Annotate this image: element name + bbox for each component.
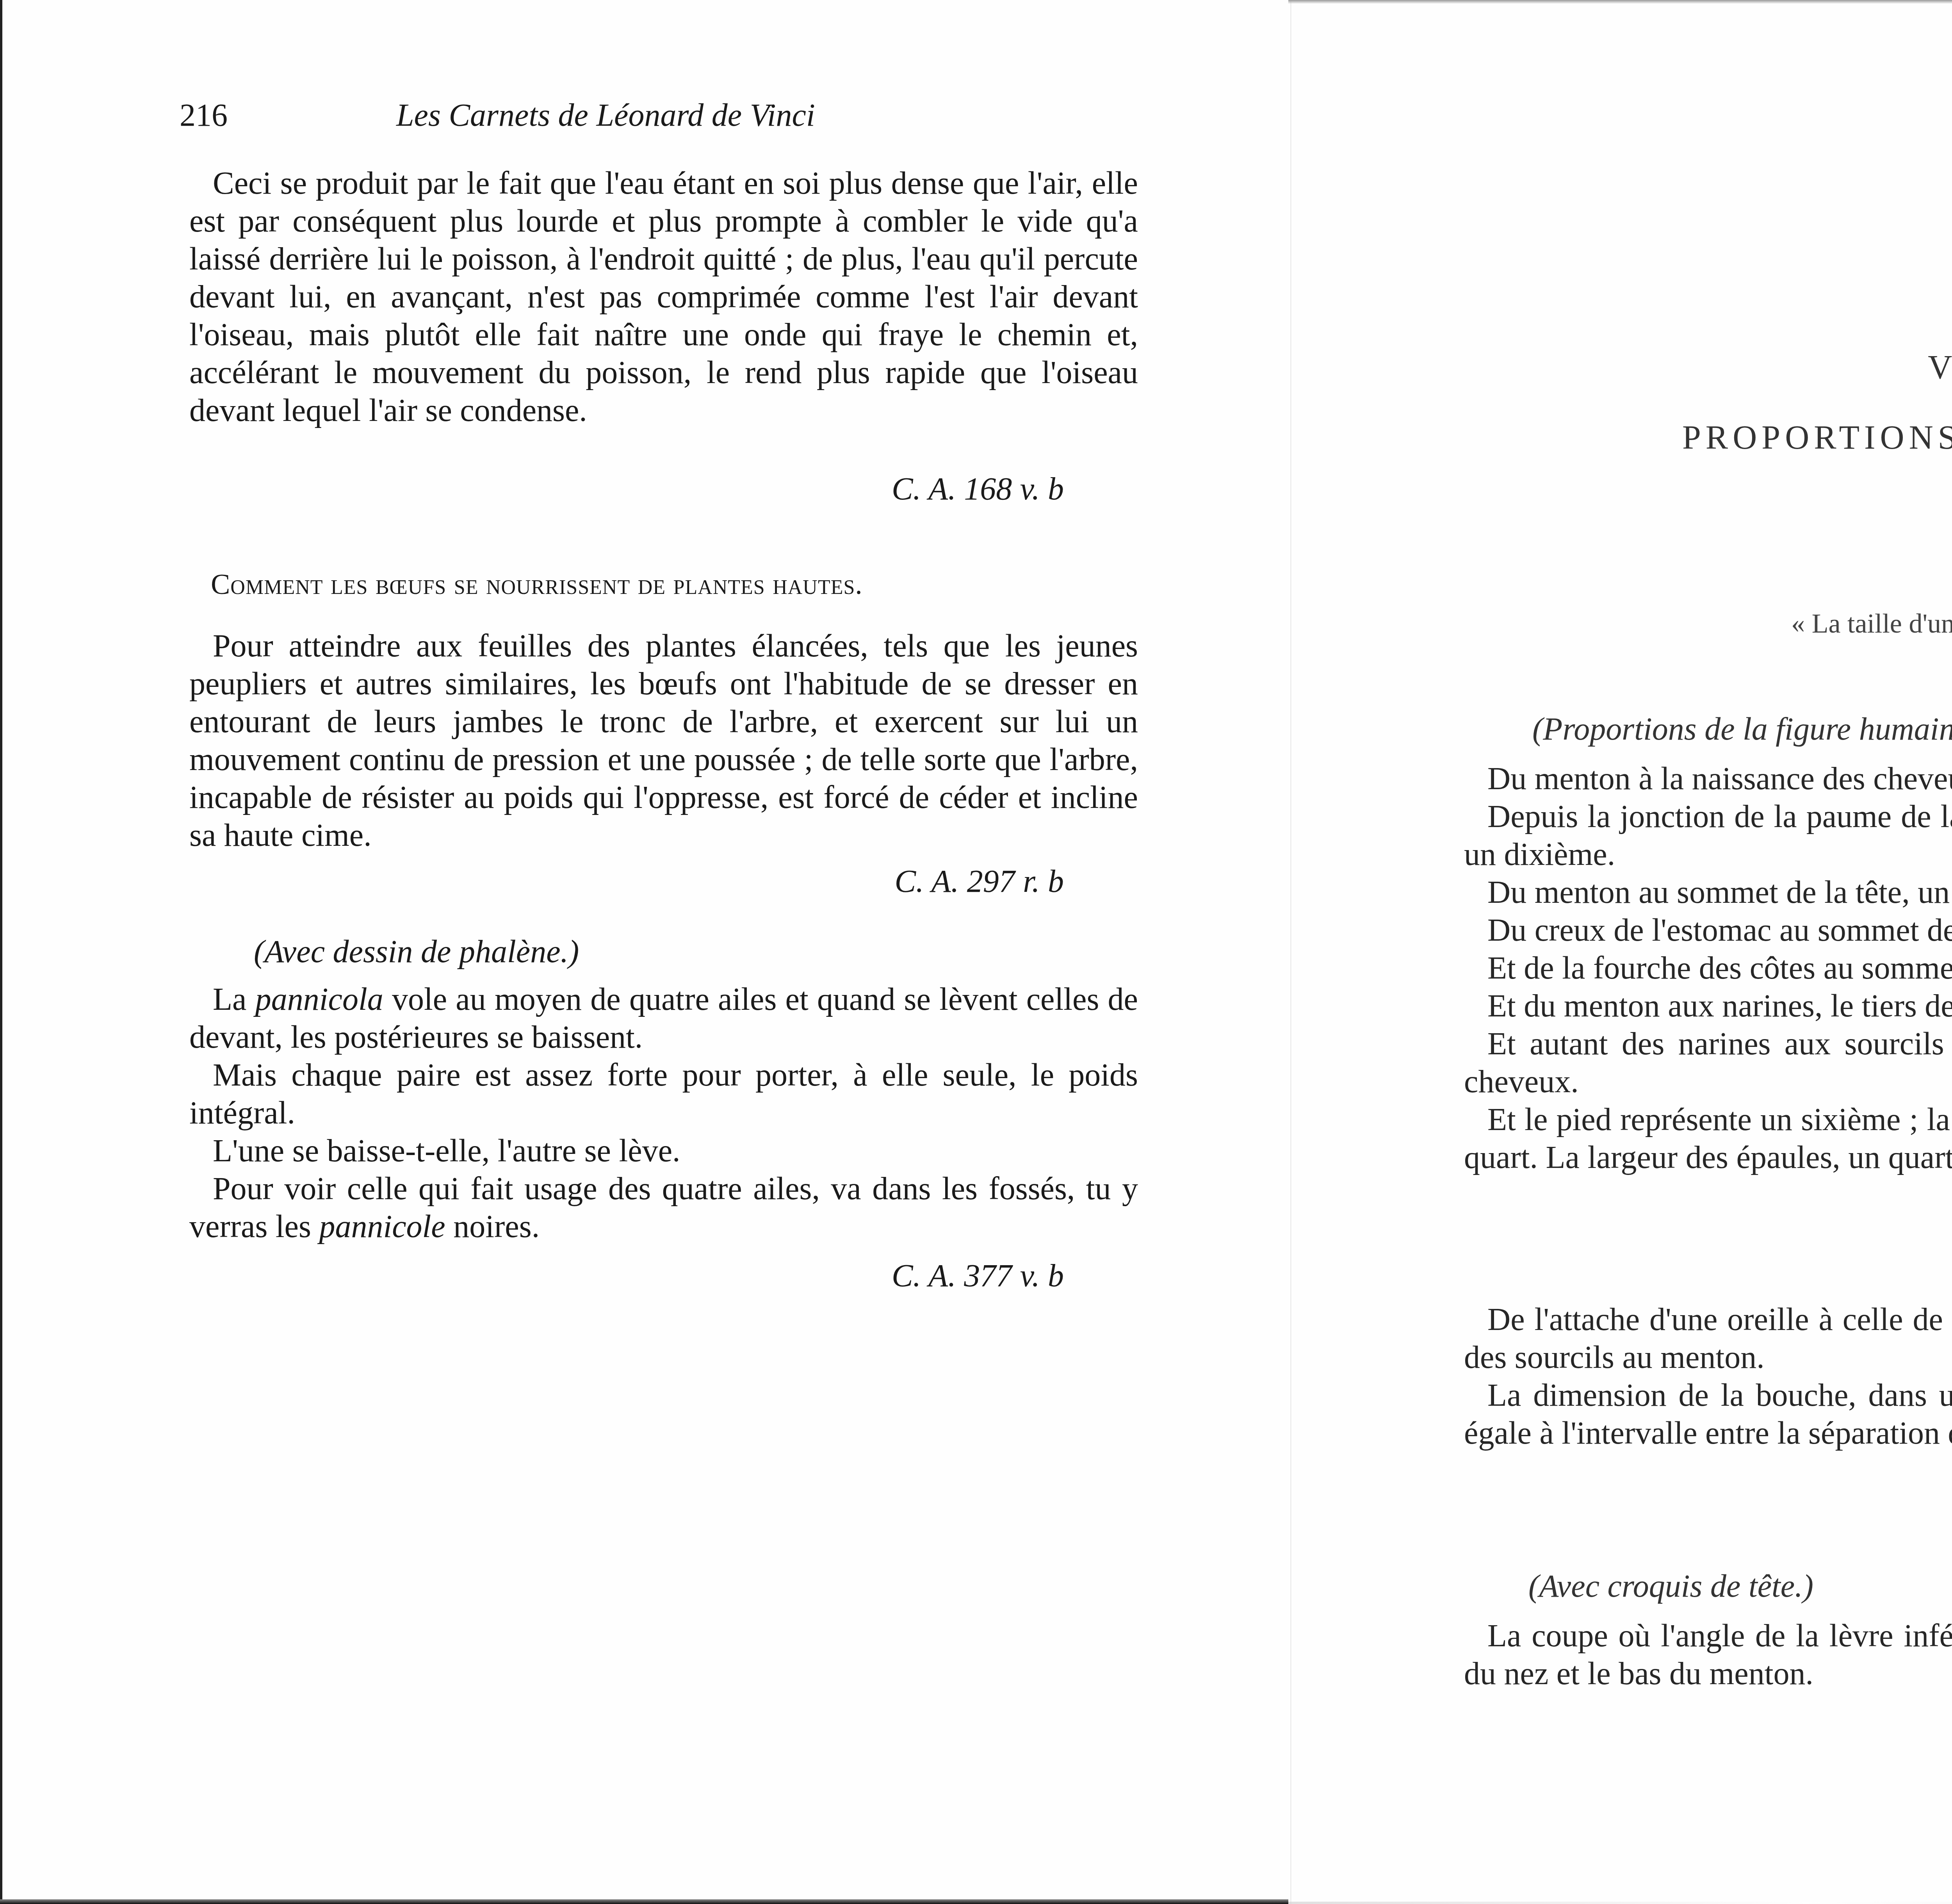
paragraph: Pour atteindre aux feuilles des plantes … [189,627,1138,854]
manuscript-reference: C. A. 358 r. a [1464,1230,1952,1267]
italic-term: pannicole [319,1209,445,1244]
paragraph: La pannicola vole au moyen de quatre ail… [189,980,1138,1056]
paragraph: Et le pied représente un sixième ; la di… [1464,1100,1952,1176]
paragraph: La coupe où l'angle de la lèvre inférieu… [1464,1617,1952,1692]
paragraph: Pour voir celle qui fait usage des quatr… [189,1169,1138,1245]
chapter-title: PROPORTIONS DE L'HOMME [1448,418,1952,457]
paragraph: Du menton au sommet de la tête, un huiti… [1464,873,1952,911]
paragraph-fish-water: Ceci se produit par le fait que l'eau ét… [189,164,1138,429]
book-bottom-edge [0,1899,1288,1904]
paragraph-oxen: Pour atteindre aux feuilles des plantes … [189,627,1138,854]
drawing-caption: (Proportions de la figure humaine.) [1532,711,1952,747]
paragraphs-ear-mouth: De l'attache d'une oreille à celle de l'… [1464,1300,1952,1452]
book-bottom-edge-right [1288,1902,1952,1904]
book-left-edge [0,0,2,1904]
running-head: 216 Les Carnets de Léonard de Vinci [180,96,1136,135]
paragraph: Mais chaque paire est assez forte pour p… [189,1056,1138,1132]
section-heading: Comment les bœufs se nourrissent de plan… [211,568,1148,601]
book-title: Les Carnets de Léonard de Vinci [396,96,815,135]
paragraph: Ceci se produit par le fait que l'eau ét… [189,164,1138,429]
book-gutter [1290,0,1291,1904]
epigraph: « La taille d'un homme est égale à l'esp… [1788,607,1952,674]
drawing-caption: (Avec croquis de tête.) [1528,1568,1813,1604]
manuscript-reference: C. A. 377 v. b [189,1257,1064,1294]
page-number: 216 [180,96,228,135]
italic-term: pannicola [255,981,383,1017]
chapter-number: VII [1448,348,1952,387]
paragraph: De l'attache d'une oreille à celle de l'… [1464,1300,1952,1376]
manuscript-reference: A 62 v. [1464,1503,1952,1540]
paragraph: Depuis la jonction de la paume de la mai… [1464,797,1952,873]
paragraph: Du menton à la naissance des cheveux, il… [1464,759,1952,797]
paragraph: Et autant des narines aux sourcils et de… [1464,1025,1952,1100]
page-top-shadow [1288,0,1952,4]
paragraph: Et de la fourche des côtes au sommet de … [1464,949,1952,987]
manuscript-reference: C. A. 168 v. b [189,471,1064,507]
paragraphs-proportions: Du menton à la naissance des cheveux, il… [1464,759,1952,1176]
paragraph-lip: La coupe où l'angle de la lèvre inférieu… [1464,1617,1952,1692]
drawing-caption: (Avec dessin de phalène.) [254,933,579,970]
paragraphs-pannicola: La pannicola vole au moyen de quatre ail… [189,980,1138,1245]
paragraph: L'une se baisse-t-elle, l'autre se lève. [189,1132,1138,1169]
paragraph: Et du menton aux narines, le tiers de la… [1464,987,1952,1025]
manuscript-reference: C. A. 297 r. b [189,863,1064,900]
paragraph: La dimension de la bouche, dans un visag… [1464,1376,1952,1452]
paragraph: Du creux de l'estomac au sommet de la po… [1464,911,1952,949]
